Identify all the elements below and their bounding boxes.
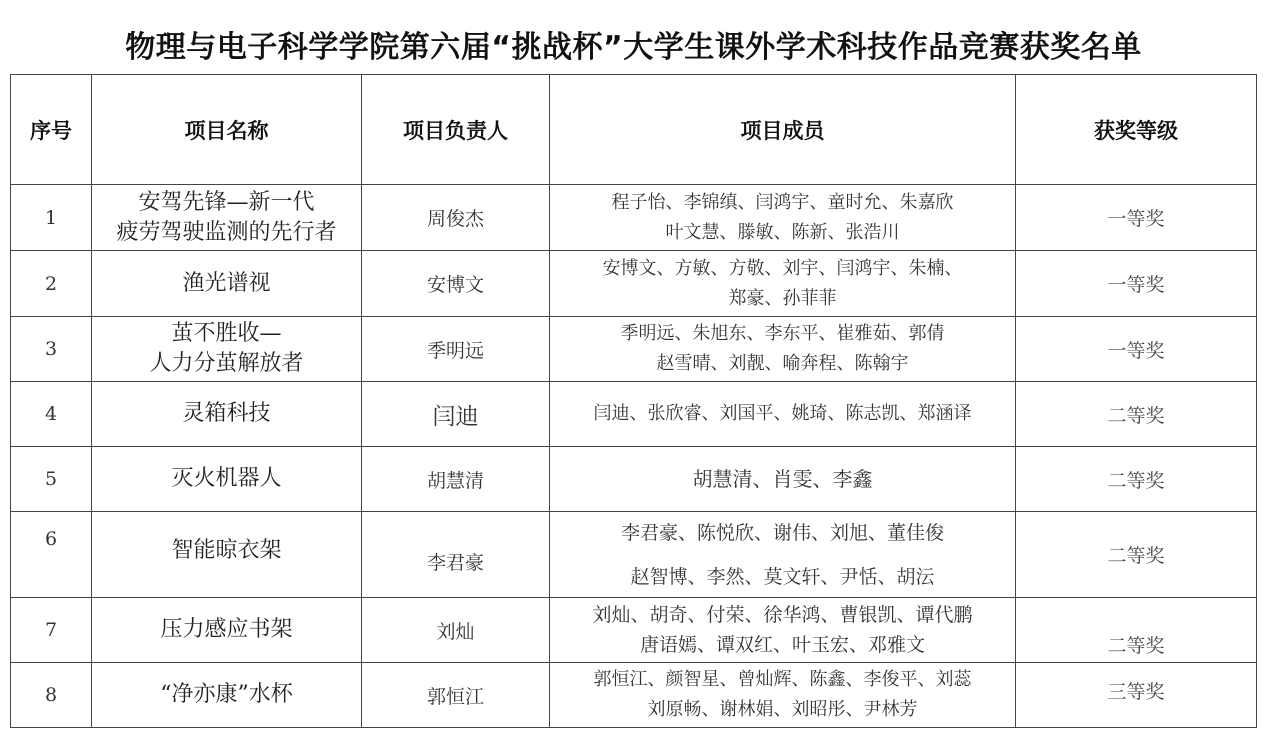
award-level: 一等奖 [1016, 251, 1257, 317]
project-name-line: 灵箱科技 [92, 399, 361, 429]
project-name: 安驾先锋—新一代 疲劳驾驶监测的先行者 [92, 185, 362, 251]
row-index: 1 [11, 185, 92, 251]
members-line: 赵智博、李然、莫文轩、尹恬、胡沄 [550, 562, 1015, 592]
award-level: 三等奖 [1016, 663, 1257, 728]
row-index: 4 [11, 382, 92, 447]
header-index: 序号 [11, 75, 92, 185]
award-level: 二等奖 [1016, 447, 1257, 512]
table-row: 1 安驾先锋—新一代 疲劳驾驶监测的先行者 周俊杰 程子怡、李锦缜、闫鸿宇、童时… [11, 185, 1257, 251]
members-line: 李君豪、陈悦欣、谢伟、刘旭、董佳俊 [550, 518, 1015, 548]
award-level: 二等奖 [1016, 512, 1257, 598]
project-members: 郭恒江、颜智星、曾灿辉、陈鑫、李俊平、刘蕊 刘原畅、谢林娟、刘昭彤、尹林芳 [550, 663, 1016, 728]
table-row: 8 “净亦康”水杯 郭恒江 郭恒江、颜智星、曾灿辉、陈鑫、李俊平、刘蕊 刘原畅、… [11, 663, 1257, 728]
table-row: 7 压力感应书架 刘灿 刘灿、胡奇、付荣、徐华鸿、曹银凯、谭代鹏 唐语嫣、谭双红… [11, 598, 1257, 663]
table-row: 5 灭火机器人 胡慧清 胡慧清、肖雯、李鑫 二等奖 [11, 447, 1257, 512]
award-level: 一等奖 [1016, 317, 1257, 382]
table-row: 4 灵箱科技 闫迪 闫迪、张欣睿、刘国平、姚琦、陈志凯、郑涵译 二等奖 [11, 382, 1257, 447]
project-name-line: 压力感应书架 [92, 615, 361, 645]
members-line: 闫迪、张欣睿、刘国平、姚琦、陈志凯、郑涵译 [550, 399, 1015, 429]
table-row: 3 茧不胜收— 人力分茧解放者 季明远 季明远、朱旭东、李东平、崔雅茹、郭倩 赵… [11, 317, 1257, 382]
project-lead: 周俊杰 [362, 185, 550, 251]
project-lead: 安博文 [362, 251, 550, 317]
award-list-table: 序号 项目名称 项目负责人 项目成员 获奖等级 1 安驾先锋—新一代 疲劳驾驶监… [10, 74, 1257, 728]
project-lead: 胡慧清 [362, 447, 550, 512]
row-index: 3 [11, 317, 92, 382]
project-name: 灭火机器人 [92, 447, 362, 512]
award-level: 一等奖 [1016, 185, 1257, 251]
members-line: 安博文、方敏、方敬、刘宇、闫鸿宇、朱楠、 [550, 254, 1015, 284]
table-row: 6 智能晾衣架 李君豪 李君豪、陈悦欣、谢伟、刘旭、董佳俊 赵智博、李然、莫文轩… [11, 512, 1257, 598]
project-name-line: 灭火机器人 [92, 464, 361, 494]
project-name: 灵箱科技 [92, 382, 362, 447]
members-line: 胡慧清、肖雯、李鑫 [550, 464, 1015, 494]
members-line: 郭恒江、颜智星、曾灿辉、陈鑫、李俊平、刘蕊 [550, 665, 1015, 695]
members-line: 刘灿、胡奇、付荣、徐华鸿、曹银凯、谭代鹏 [550, 600, 1015, 630]
project-members: 闫迪、张欣睿、刘国平、姚琦、陈志凯、郑涵译 [550, 382, 1016, 447]
header-project-lead: 项目负责人 [362, 75, 550, 185]
members-line: 程子怡、李锦缜、闫鸿宇、童时允、朱嘉欣 [550, 188, 1015, 218]
project-name-line: 渔光谱视 [92, 269, 361, 299]
table-header-row: 序号 项目名称 项目负责人 项目成员 获奖等级 [11, 75, 1257, 185]
members-line: 赵雪晴、刘靓、喻奔程、陈翰宇 [550, 349, 1015, 379]
row-index: 8 [11, 663, 92, 728]
project-name: 智能晾衣架 [92, 512, 362, 598]
project-name-line: 安驾先锋—新一代 [92, 188, 361, 218]
project-name: 压力感应书架 [92, 598, 362, 663]
project-name-line: “净亦康”水杯 [92, 680, 361, 710]
members-line: 郑豪、孙菲菲 [550, 284, 1015, 314]
project-name: “净亦康”水杯 [92, 663, 362, 728]
award-level: 二等奖 [1016, 382, 1257, 447]
members-line: 刘原畅、谢林娟、刘昭彤、尹林芳 [550, 695, 1015, 725]
document-title: 物理与电子科学学院第六届“挑战杯”大学生课外学术科技作品竞赛获奖名单 [0, 22, 1267, 66]
row-index: 6 [11, 512, 92, 598]
project-members: 胡慧清、肖雯、李鑫 [550, 447, 1016, 512]
project-members: 李君豪、陈悦欣、谢伟、刘旭、董佳俊 赵智博、李然、莫文轩、尹恬、胡沄 [550, 512, 1016, 598]
project-members: 程子怡、李锦缜、闫鸿宇、童时允、朱嘉欣 叶文慧、滕敏、陈新、张浩川 [550, 185, 1016, 251]
project-lead: 李君豪 [362, 512, 550, 598]
table-row: 2 渔光谱视 安博文 安博文、方敏、方敬、刘宇、闫鸿宇、朱楠、 郑豪、孙菲菲 一… [11, 251, 1257, 317]
project-name-line: 疲劳驾驶监测的先行者 [92, 218, 361, 248]
header-award-level: 获奖等级 [1016, 75, 1257, 185]
project-lead: 刘灿 [362, 598, 550, 663]
project-name: 茧不胜收— 人力分茧解放者 [92, 317, 362, 382]
project-members: 刘灿、胡奇、付荣、徐华鸿、曹银凯、谭代鹏 唐语嫣、谭双红、叶玉宏、邓雅文 [550, 598, 1016, 663]
project-lead: 郭恒江 [362, 663, 550, 728]
project-members: 季明远、朱旭东、李东平、崔雅茹、郭倩 赵雪晴、刘靓、喻奔程、陈翰宇 [550, 317, 1016, 382]
project-lead: 闫迪 [362, 382, 550, 447]
members-line: 季明远、朱旭东、李东平、崔雅茹、郭倩 [550, 319, 1015, 349]
project-name-line: 茧不胜收— [92, 319, 361, 349]
header-project-name: 项目名称 [92, 75, 362, 185]
project-members: 安博文、方敏、方敬、刘宇、闫鸿宇、朱楠、 郑豪、孙菲菲 [550, 251, 1016, 317]
project-name-line: 智能晾衣架 [92, 536, 361, 566]
members-line: 唐语嫣、谭双红、叶玉宏、邓雅文 [550, 630, 1015, 660]
project-name-line: 人力分茧解放者 [92, 349, 361, 379]
row-index: 5 [11, 447, 92, 512]
members-line: 叶文慧、滕敏、陈新、张浩川 [550, 218, 1015, 248]
row-index: 7 [11, 598, 92, 663]
row-index: 2 [11, 251, 92, 317]
header-project-members: 项目成员 [550, 75, 1016, 185]
project-name: 渔光谱视 [92, 251, 362, 317]
award-level: 二等奖 [1016, 598, 1257, 663]
project-lead: 季明远 [362, 317, 550, 382]
